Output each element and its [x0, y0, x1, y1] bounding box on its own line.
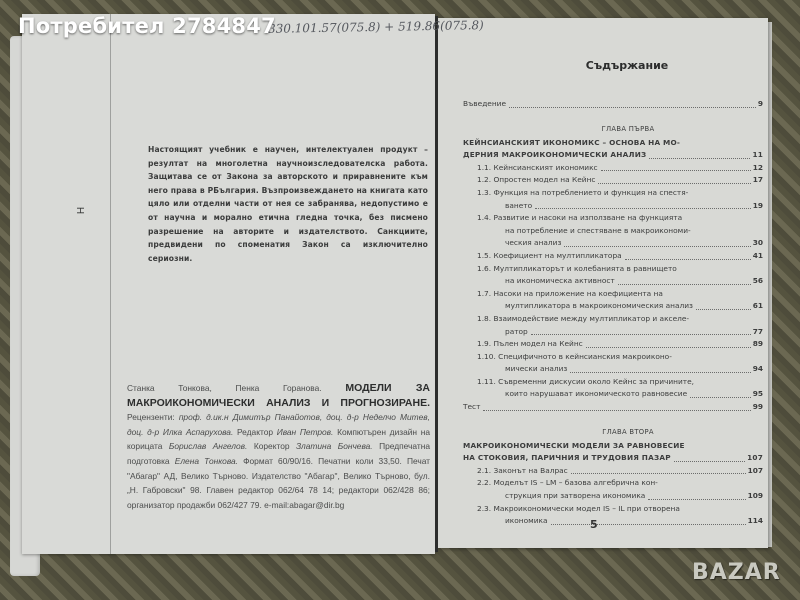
- toc-section-text: 1.2. Опростен модел на Кейнс: [477, 174, 595, 187]
- toc-section-title: ческия анализ: [505, 238, 561, 247]
- toc-section-line: 1.10. Специфичното в кейнсианския макрои…: [463, 351, 763, 364]
- toc-section-line: 1.1. Кейнсианският икономикс12: [463, 162, 763, 175]
- toc-section-page: 12: [753, 162, 763, 175]
- toc-section-text: 1.6. Мултипликаторът и колебанията в рав…: [477, 264, 677, 273]
- toc-section-line: мически анализ94: [463, 363, 763, 376]
- toc-section-line: 1.5. Коефициент на мултипликатора41: [463, 250, 763, 263]
- toc-entry-page: 9: [758, 98, 763, 111]
- toc-section-line: ратор77: [463, 326, 763, 339]
- toc-section-line: 2.2. Моделът IS – LM – базова алгебрична…: [463, 477, 763, 490]
- leader-dots: [531, 334, 751, 335]
- toc-section-title: Макроикономически модел IS – IL при отво…: [493, 504, 679, 513]
- margin-line: [110, 14, 111, 554]
- chapter-label: ГЛАВА ПЪРВА: [493, 125, 763, 133]
- chapter-heading-line: КЕЙНСИАНСКИЯТ ИКОНОМИКС – ОСНОВА НА МО-: [463, 137, 763, 150]
- toc-section-page: 95: [753, 388, 763, 401]
- leader-dots: [570, 372, 750, 373]
- toc-section-page: 19: [753, 200, 763, 213]
- toc-section-number: 1.3.: [477, 188, 491, 197]
- chapter-heading-line: ДЕРНИЯ МАКРОИКОНОМИЧЕСКИ АНАЛИЗ11: [463, 149, 763, 162]
- toc-section-number: 1.9.: [477, 339, 491, 348]
- leader-dots: [551, 524, 746, 525]
- toc-section-text: които нарушават икономическото равновеси…: [505, 388, 687, 401]
- toc-section-number: 1.1.: [477, 163, 491, 172]
- user-watermark: Потребител 2784847: [18, 14, 276, 38]
- page-number: 5: [590, 518, 598, 531]
- chapter-heading-text: НА СТОКОВИЯ, ПАРИЧНИЯ И ТРУДОВИЯ ПАЗАР: [463, 452, 671, 465]
- toc-section-title: Коефициент на мултипликатора: [493, 251, 621, 260]
- leader-dots: [509, 107, 756, 108]
- toc-section-title: Законът на Валрас: [493, 466, 567, 475]
- toc-section-line: ческия анализ30: [463, 237, 763, 250]
- proof-label: Коректор: [254, 441, 290, 451]
- toc-section-title: Съвременни дискусии около Кейнс за причи…: [498, 377, 694, 386]
- toc-section-text: 1.8. Взаимодействие между мултипликатор …: [477, 314, 689, 323]
- toc-section-title: Пълен модел на Кейнс: [493, 339, 582, 348]
- toc-section-line: 1.9. Пълен модел на Кейнс89: [463, 338, 763, 351]
- toc-section-text: ването: [505, 200, 532, 213]
- toc-section-line: на потребление и спестяване в макроиконо…: [463, 225, 763, 238]
- toc-section-page: 94: [753, 363, 763, 376]
- toc-section-title: Развитие и насоки на използване на функц…: [493, 213, 682, 222]
- leader-dots: [601, 170, 751, 171]
- toc-section-text: ческия анализ: [505, 237, 561, 250]
- toc-section-title: ратор: [505, 327, 528, 336]
- toc-section-title: ването: [505, 201, 532, 210]
- toc-section-title: Специфичното в кейнсианския макроиконо-: [498, 352, 672, 361]
- chapter-heading-text: ДЕРНИЯ МАКРОИКОНОМИЧЕСКИ АНАЛИЗ: [463, 149, 646, 162]
- toc-section-text: ратор: [505, 326, 528, 339]
- toc-section-text: 1.4. Развитие и насоки на използване на …: [477, 213, 682, 222]
- toc-section-title: икономика: [505, 516, 548, 525]
- leader-dots: [586, 347, 751, 348]
- toc-section-number: 1.11.: [477, 377, 496, 386]
- toc-section-title: Кейнсианският икономикс: [493, 163, 597, 172]
- toc-section-page: 114: [748, 515, 763, 528]
- reviewers-label: Рецензенти:: [127, 412, 175, 422]
- leader-dots: [618, 284, 751, 285]
- toc-entry-test: Тест99: [463, 401, 763, 414]
- toc-section-number: 1.6.: [477, 264, 491, 273]
- cover-designer: Борислав Ангелов.: [169, 441, 248, 451]
- toc-section-line: икономика114: [463, 515, 763, 528]
- toc-section-text: 1.11. Съвременни дискусии около Кейнс за…: [477, 377, 694, 386]
- leader-dots: [649, 158, 750, 159]
- authors: Станка Тонкова, Пенка Горанова.: [127, 383, 322, 393]
- toc-section-line: 1.11. Съвременни дискусии около Кейнс за…: [463, 376, 763, 389]
- leader-dots: [598, 183, 750, 184]
- toc-section-title: мултипликатора в макроикономическия анал…: [505, 301, 693, 310]
- toc-section-line: 1.3. Функция на потреблението и функция …: [463, 187, 763, 200]
- toc-section-text: 2.1. Законът на Валрас: [477, 465, 568, 478]
- toc-section-title: Насоки на приложение на коефициента на: [493, 289, 662, 298]
- toc-test-page: 99: [753, 401, 763, 414]
- toc-section-number: 1.4.: [477, 213, 491, 222]
- leader-dots: [535, 208, 751, 209]
- toc-section-number: 1.2.: [477, 175, 491, 184]
- toc-section-text: 1.10. Специфичното в кейнсианския макрои…: [477, 352, 672, 361]
- leader-dots: [564, 246, 750, 247]
- leader-dots: [690, 397, 751, 398]
- toc-section-text: на потребление и спестяване в макроиконо…: [505, 226, 691, 235]
- toc-section-page: 56: [753, 275, 763, 288]
- toc-section-line: мултипликатора в макроикономическия анал…: [463, 300, 763, 313]
- toc-section-text: 2.3. Макроикономически модел IS – IL при…: [477, 504, 680, 513]
- toc-section-text: струкция при затворена икономика: [505, 490, 645, 503]
- toc-section-text: 1.7. Насоки на приложение на коефициента…: [477, 289, 663, 298]
- leader-dots: [674, 461, 745, 462]
- toc-section-text: мически анализ: [505, 363, 567, 376]
- toc-section-text: 1.1. Кейнсианският икономикс: [477, 162, 598, 175]
- toc-section-page: 107: [748, 465, 763, 478]
- toc-section-page: 30: [753, 237, 763, 250]
- toc-section-text: 2.2. Моделът IS – LM – базова алгебрична…: [477, 478, 658, 487]
- chapter-heading-page: 107: [747, 452, 763, 465]
- leader-dots: [696, 309, 751, 310]
- toc-section-number: 1.10.: [477, 352, 496, 361]
- book-gutter: [435, 16, 438, 552]
- toc-section-number: 2.3.: [477, 504, 491, 513]
- copyright-notice: Настоящият учебник е научен, интелектуал…: [148, 143, 428, 265]
- chapter-label: ГЛАВА ВТОРА: [493, 428, 763, 436]
- toc-section-line: 1.7. Насоки на приложение на коефициента…: [463, 288, 763, 301]
- toc-section-title: Мултипликаторът и колебанията в равнищет…: [493, 264, 676, 273]
- chapter-heading-line: НА СТОКОВИЯ, ПАРИЧНИЯ И ТРУДОВИЯ ПАЗАР10…: [463, 452, 763, 465]
- toc-section-line: на икономическа активност56: [463, 275, 763, 288]
- toc-section-title: на икономическа активност: [505, 276, 615, 285]
- toc-section-line: 1.6. Мултипликаторът и колебанията в рав…: [463, 263, 763, 276]
- toc-section-text: мултипликатора в макроикономическия анал…: [505, 300, 693, 313]
- toc-section-title: Опростен модел на Кейнс: [493, 175, 595, 184]
- chapter-heading-page: 11: [752, 149, 763, 162]
- toc-section-page: 77: [753, 326, 763, 339]
- toc-section-page: 17: [753, 174, 763, 187]
- toc-section-number: 1.8.: [477, 314, 491, 323]
- toc-section-title: струкция при затворена икономика: [505, 491, 645, 500]
- toc-section-line: ването19: [463, 200, 763, 213]
- colophon: Станка Тонкова, Пенка Горанова. МОДЕЛИ З…: [127, 381, 430, 512]
- toc-section-page: 109: [748, 490, 763, 503]
- toc-section-text: 1.9. Пълен модел на Кейнс: [477, 338, 583, 351]
- toc-section-line: 1.4. Развитие и насоки на използване на …: [463, 212, 763, 225]
- toc-title: Съдържание: [491, 59, 763, 72]
- toc-section-page: 61: [753, 300, 763, 313]
- toc-section-line: струкция при затворена икономика109: [463, 490, 763, 503]
- toc-section-text: 1.5. Коефициент на мултипликатора: [477, 250, 622, 263]
- table-of-contents: Съдържание Въведение 9 ГЛАВА ПЪРВАКЕЙНСИ…: [463, 50, 763, 528]
- publishing-details: Формат 60/90/16. Печатни коли 33,50. Печ…: [127, 456, 430, 510]
- prepress: Елена Тонкова.: [175, 456, 238, 466]
- toc-section-number: 2.1.: [477, 466, 491, 475]
- toc-section-title: на потребление и спестяване в макроиконо…: [505, 226, 691, 235]
- toc-section-line: 1.8. Взаимодействие между мултипликатор …: [463, 313, 763, 326]
- toc-section-title: които нарушават икономическото равновеси…: [505, 389, 687, 398]
- toc-section-text: на икономическа активност: [505, 275, 615, 288]
- editor: Иван Петров.: [277, 427, 334, 437]
- leader-dots: [648, 499, 745, 500]
- toc-section-line: 1.2. Опростен модел на Кейнс17: [463, 174, 763, 187]
- leader-dots: [483, 410, 750, 411]
- toc-test-label: Тест: [463, 401, 480, 414]
- toc-section-line: 2.1. Законът на Валрас107: [463, 465, 763, 478]
- margin-mark: Н: [74, 207, 85, 214]
- chapter-heading-line: МАКРОИКОНОМИЧЕСКИ МОДЕЛИ ЗА РАВНОВЕСИЕ: [463, 440, 763, 453]
- toc-chapters: ГЛАВА ПЪРВАКЕЙНСИАНСКИЯТ ИКОНОМИКС – ОСН…: [463, 125, 763, 528]
- leader-dots: [625, 259, 751, 260]
- toc-section-number: 2.2.: [477, 478, 491, 487]
- toc-section-text: 1.3. Функция на потреблението и функция …: [477, 188, 688, 197]
- leader-dots: [571, 473, 746, 474]
- toc-section-title: Моделът IS – LM – базова алгебрична кон-: [493, 478, 657, 487]
- toc-entry-label: Въведение: [463, 98, 506, 111]
- bazar-logo: BAZAR: [692, 560, 781, 585]
- proofreader: Златина Бончева.: [296, 441, 373, 451]
- toc-section-number: 1.7.: [477, 289, 491, 298]
- editor-label: Редактор: [237, 427, 273, 437]
- toc-section-text: икономика: [505, 515, 548, 528]
- toc-section-line: които нарушават икономическото равновеси…: [463, 388, 763, 401]
- toc-section-title: мически анализ: [505, 364, 567, 373]
- toc-section-page: 89: [753, 338, 763, 351]
- toc-section-number: 1.5.: [477, 251, 491, 260]
- toc-section-title: Взаимодействие между мултипликатор и акс…: [493, 314, 689, 323]
- toc-section-title: Функция на потреблението и функция на сп…: [493, 188, 688, 197]
- toc-section-line: 2.3. Макроикономически модел IS – IL при…: [463, 503, 763, 516]
- toc-entry-intro: Въведение 9: [463, 98, 763, 111]
- toc-section-page: 41: [753, 250, 763, 263]
